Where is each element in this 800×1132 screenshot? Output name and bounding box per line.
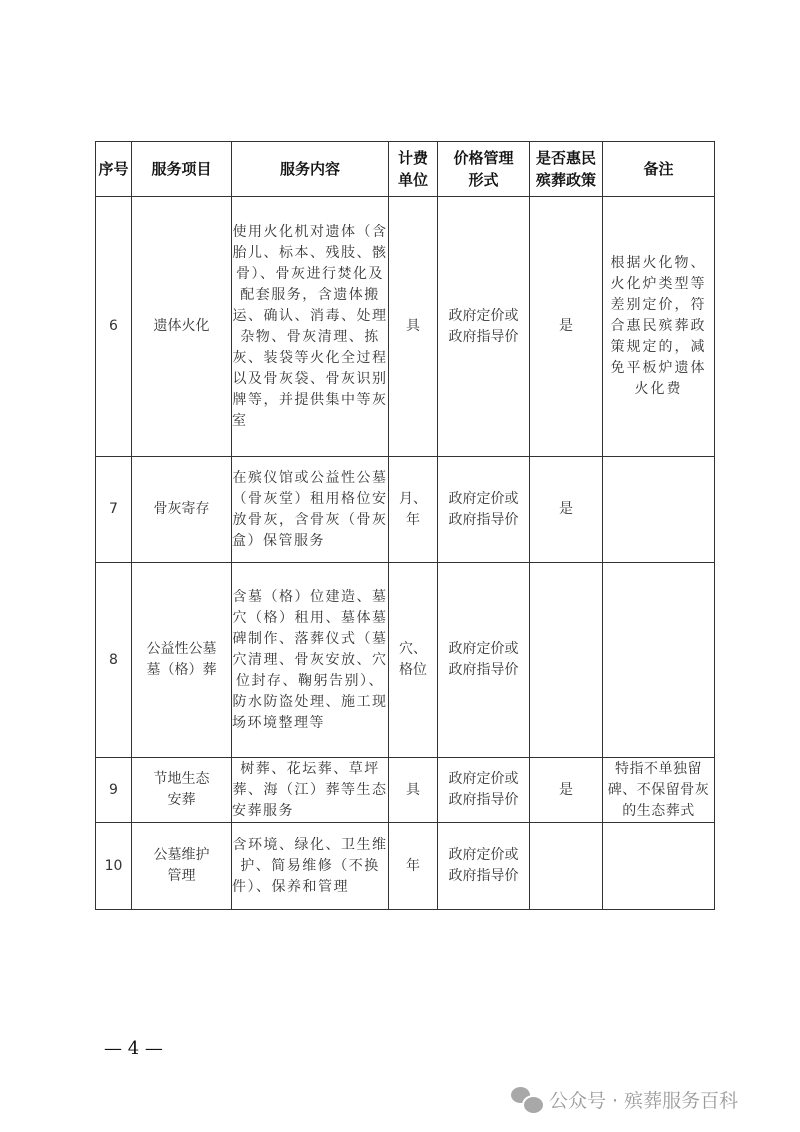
cell-price-form: 政府定价或 政府指导价 — [438, 758, 530, 823]
cell-content: 在殡仪馆或公益性公墓（骨灰堂）租用格位安放骨灰，含骨灰（骨灰盒）保管服务 — [232, 457, 389, 563]
wechat-icon — [511, 1087, 543, 1113]
cell-item: 骨灰寄存 — [132, 457, 232, 563]
cell-note — [603, 563, 715, 758]
cell-content: 含环境、绿化、卫生维护、简易维修（不换件）、保养和管理 — [232, 823, 389, 910]
table-row: 7 骨灰寄存 在殡仪馆或公益性公墓（骨灰堂）租用格位安放骨灰，含骨灰（骨灰盒）保… — [96, 457, 715, 563]
cell-content: 含墓（格）位建造、墓穴（格）租用、墓体墓碑制作、落葬仪式（墓穴清理、骨灰安放、穴… — [232, 563, 389, 758]
watermark-text: 公众号 · 殡葬服务百科 — [549, 1086, 738, 1113]
header-seq: 序号 — [96, 142, 132, 197]
cell-content: 使用火化机对遗体（含胎儿、标本、残肢、骸骨）、骨灰进行焚化及配套服务，含遗体搬运… — [232, 197, 389, 457]
header-content: 服务内容 — [232, 142, 389, 197]
cell-note: 根据火化物、火化炉类型等差别定价，符合惠民殡葬政策规定的，减免平板炉遗体火化费 — [603, 197, 715, 457]
cell-benefit: 是 — [530, 457, 603, 563]
cell-unit: 具 — [389, 197, 438, 457]
table-header-row: 序号 服务项目 服务内容 计费 单位 价格管理 形式 是否惠民 殡葬政策 备注 — [96, 142, 715, 197]
cell-note — [603, 823, 715, 910]
cell-content: 树葬、花坛葬、草坪葬、海（江）葬等生态安葬服务 — [232, 758, 389, 823]
cell-item: 公益性公墓 墓（格）葬 — [132, 563, 232, 758]
cell-seq: 10 — [96, 823, 132, 910]
cell-unit: 穴、 格位 — [389, 563, 438, 758]
funeral-service-fee-table: 序号 服务项目 服务内容 计费 单位 价格管理 形式 是否惠民 殡葬政策 备注 — [95, 141, 715, 910]
page-number: — 4 — — [104, 1038, 163, 1059]
table-row: 6 遗体火化 使用火化机对遗体（含胎儿、标本、残肢、骸骨）、骨灰进行焚化及配套服… — [96, 197, 715, 457]
cell-seq: 8 — [96, 563, 132, 758]
cell-benefit: 是 — [530, 197, 603, 457]
header-unit: 计费 单位 — [389, 142, 438, 197]
cell-unit: 月、 年 — [389, 457, 438, 563]
cell-unit: 具 — [389, 758, 438, 823]
cell-seq: 9 — [96, 758, 132, 823]
cell-item: 节地生态 安葬 — [132, 758, 232, 823]
cell-benefit — [530, 563, 603, 758]
cell-item: 公墓维护 管理 — [132, 823, 232, 910]
cell-price-form: 政府定价或 政府指导价 — [438, 197, 530, 457]
header-benefit-policy: 是否惠民 殡葬政策 — [530, 142, 603, 197]
table-row: 8 公益性公墓 墓（格）葬 含墓（格）位建造、墓穴（格）租用、墓体墓碑制作、落葬… — [96, 563, 715, 758]
header-item: 服务项目 — [132, 142, 232, 197]
cell-price-form: 政府定价或 政府指导价 — [438, 823, 530, 910]
cell-price-form: 政府定价或 政府指导价 — [438, 457, 530, 563]
cell-note — [603, 457, 715, 563]
watermark: 公众号 · 殡葬服务百科 — [511, 1086, 738, 1113]
cell-seq: 7 — [96, 457, 132, 563]
cell-benefit — [530, 823, 603, 910]
cell-benefit: 是 — [530, 758, 603, 823]
cell-item: 遗体火化 — [132, 197, 232, 457]
cell-seq: 6 — [96, 197, 132, 457]
header-note: 备注 — [603, 142, 715, 197]
table-row: 9 节地生态 安葬 树葬、花坛葬、草坪葬、海（江）葬等生态安葬服务 具 政府定价… — [96, 758, 715, 823]
table-row: 10 公墓维护 管理 含环境、绿化、卫生维护、简易维修（不换件）、保养和管理 年… — [96, 823, 715, 910]
document-page: 序号 服务项目 服务内容 计费 单位 价格管理 形式 是否惠民 殡葬政策 备注 — [0, 0, 800, 1132]
cell-price-form: 政府定价或 政府指导价 — [438, 563, 530, 758]
header-price-form: 价格管理 形式 — [438, 142, 530, 197]
cell-unit: 年 — [389, 823, 438, 910]
cell-note: 特指不单独留碑、不保留骨灰的生态葬式 — [603, 758, 715, 823]
